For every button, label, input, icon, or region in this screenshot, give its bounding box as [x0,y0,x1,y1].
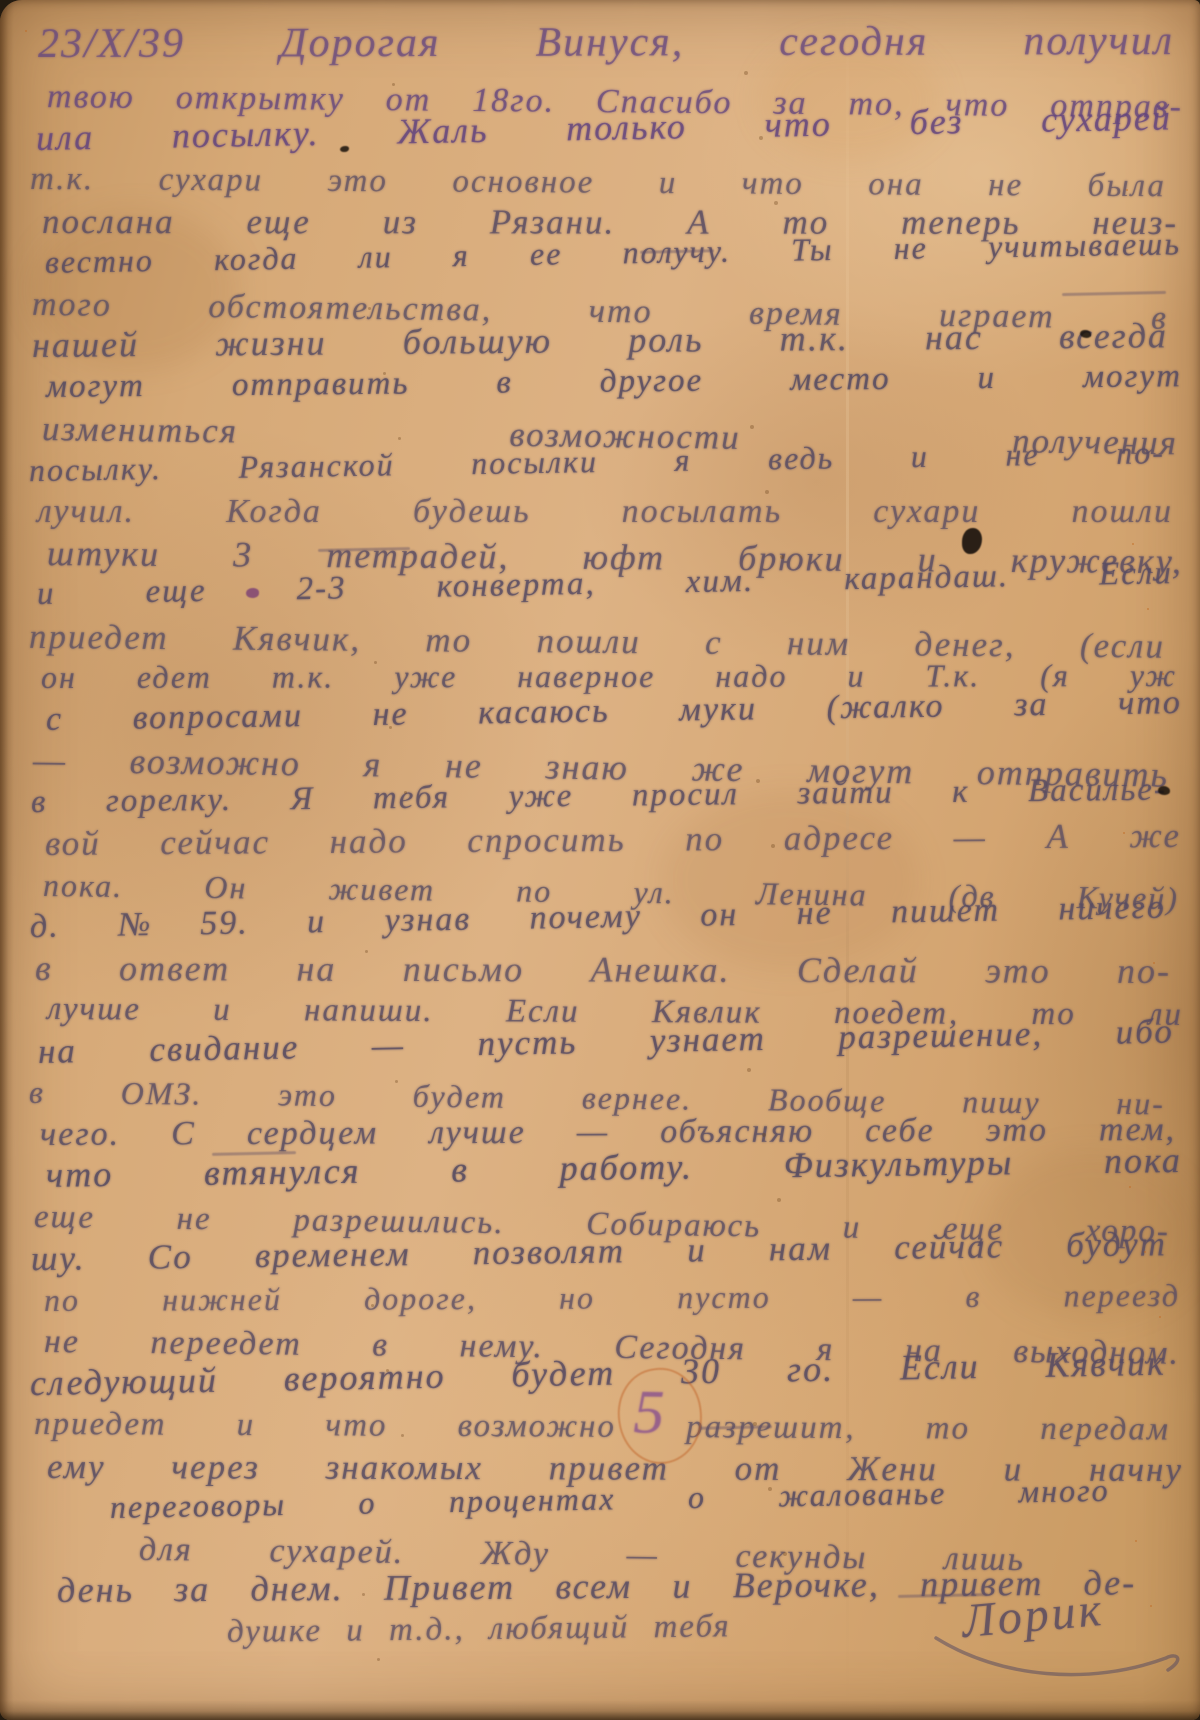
letter-line: 23/X/39 Дорогая Винуся, сегодня получил [38,9,1174,76]
postcard-scan: 23/X/39 Дорогая Винуся, сегодня получилт… [0,0,1200,1720]
letter-line: вой сейчас надо спросить по адресе — А ж… [45,815,1181,864]
letter-line: приедет и что возможно разрешит, то пере… [34,1404,1170,1451]
letter-body: 23/X/39 Дорогая Винуся, сегодня получилт… [38,12,1174,1653]
letter-line: в ответ на письмо Анешка. Сделай это по- [35,947,1171,991]
paper-speck [25,30,27,32]
paper-speck [377,1658,380,1661]
letter-line: по нижней дороге, но пусто — в переезд [44,1275,1180,1321]
letter-line: лучил. Когда будешь посылать сухари пошл… [37,491,1173,533]
censor-ring-digit: 5 [633,1377,665,1449]
